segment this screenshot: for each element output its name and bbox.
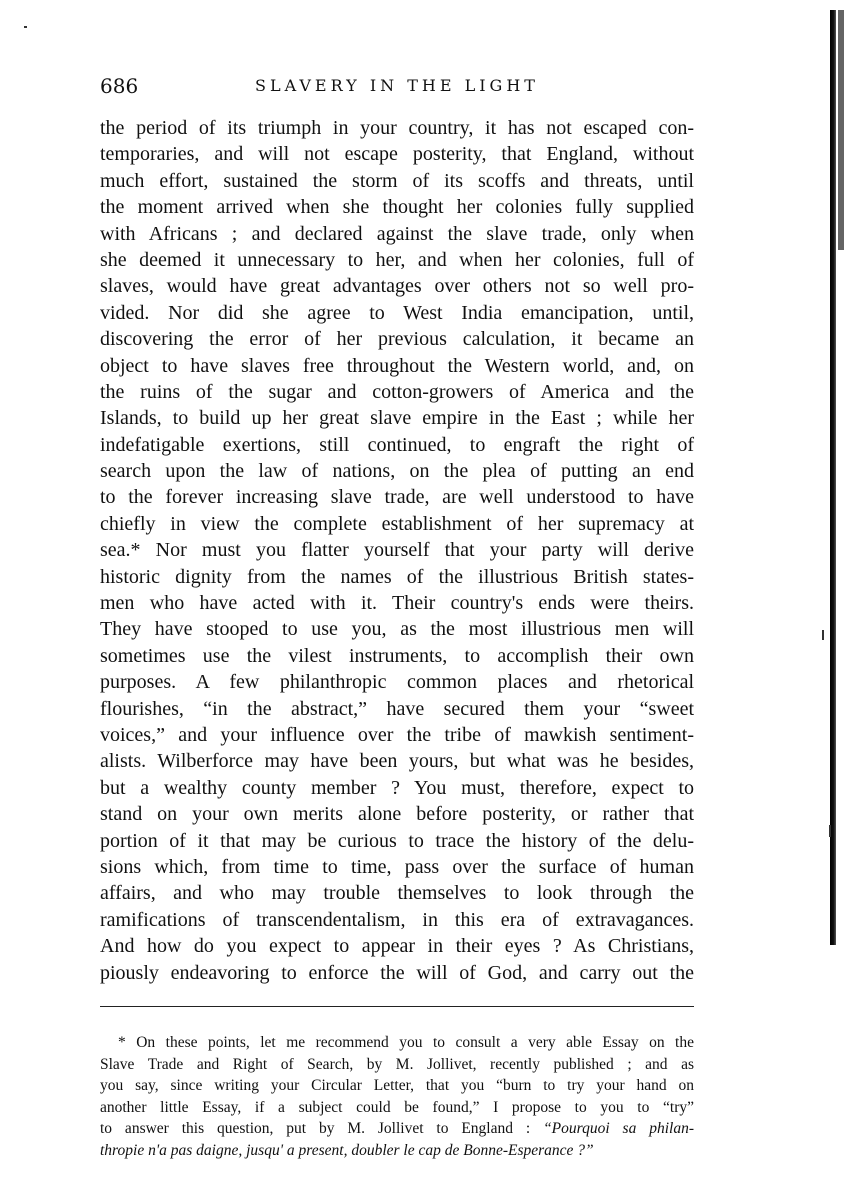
scan-speck — [829, 825, 831, 837]
book-page: 686 SLAVERY IN THE LIGHT the period of i… — [0, 0, 851, 1200]
footnote-line: Slave Trade and Right of Search, by M. J… — [100, 1054, 694, 1076]
scan-speck — [822, 630, 824, 640]
body-text: the period of its triumph in your countr… — [100, 115, 694, 986]
text-line: ramifications of transcendentalism, in t… — [100, 907, 694, 933]
text-line: sea.* Nor must you flatter yourself that… — [100, 537, 694, 563]
text-line: to the forever increasing slave trade, a… — [100, 484, 694, 510]
scan-speck — [24, 26, 27, 28]
text-line: affairs, and who may trouble themselves … — [100, 880, 694, 906]
footnote: * On these points, let me recommend you … — [100, 1032, 694, 1161]
footnote-divider — [100, 1006, 694, 1007]
binding-edge-mark — [838, 10, 844, 250]
text-line: temporaries, and will not escape posteri… — [100, 141, 694, 167]
text-line: sions which, from time to time, pass ove… — [100, 854, 694, 880]
binding-edge-shadow — [830, 10, 836, 945]
text-line: They have stooped to use you, as the mos… — [100, 616, 694, 642]
footnote-line: thropie n'a pas daigne, jusqu' a present… — [100, 1140, 694, 1162]
text-line: discovering the error of her previous ca… — [100, 326, 694, 352]
text-line: sometimes use the vilest instruments, to… — [100, 643, 694, 669]
footnote-line: to answer this question, put by M. Jolli… — [100, 1118, 694, 1140]
text-line: with Africans ; and declared against the… — [100, 221, 694, 247]
text-line: chiefly in view the complete establishme… — [100, 511, 694, 537]
footnote-text: to answer this question, put by M. Jolli… — [100, 1120, 543, 1137]
text-line: the ruins of the sugar and cotton-grower… — [100, 379, 694, 405]
text-line: vided. Nor did she agree to West India e… — [100, 300, 694, 326]
text-line: alists. Wilberforce may have been yours,… — [100, 748, 694, 774]
text-line: stand on your own merits alone before po… — [100, 801, 694, 827]
text-line: flourishes, “in the abstract,” have secu… — [100, 696, 694, 722]
footnote-line: another little Essay, if a subject could… — [100, 1097, 694, 1119]
text-line: but a wealthy county member ? You must, … — [100, 775, 694, 801]
text-line: historic dignity from the names of the i… — [100, 564, 694, 590]
text-line: piously endeavoring to enforce the will … — [100, 960, 694, 986]
text-line: search upon the law of nations, on the p… — [100, 458, 694, 484]
footnote-line: * On these points, let me recommend you … — [100, 1032, 694, 1054]
text-line: she deemed it unnecessary to her, and wh… — [100, 247, 694, 273]
text-line: object to have slaves free throughout th… — [100, 353, 694, 379]
text-line: And how do you expect to appear in their… — [100, 933, 694, 959]
page-header: 686 SLAVERY IN THE LIGHT — [100, 68, 694, 98]
footnote-quote: “Pourquoi sa philan- — [543, 1120, 694, 1137]
text-line: portion of it that may be curious to tra… — [100, 828, 694, 854]
text-line: men who have acted with it. Their countr… — [100, 590, 694, 616]
text-line: voices,” and your influence over the tri… — [100, 722, 694, 748]
text-line: much effort, sustained the storm of its … — [100, 168, 694, 194]
text-line: the period of its triumph in your countr… — [100, 115, 694, 141]
footnote-line: you say, since writing your Circular Let… — [100, 1075, 694, 1097]
text-line: slaves, would have great advantages over… — [100, 273, 694, 299]
text-line: Islands, to build up her great slave emp… — [100, 405, 694, 431]
running-title: SLAVERY IN THE LIGHT — [100, 76, 694, 95]
text-line: indefatigable exertions, still continued… — [100, 432, 694, 458]
text-line: the moment arrived when she thought her … — [100, 194, 694, 220]
text-line: purposes. A few philanthropic common pla… — [100, 669, 694, 695]
